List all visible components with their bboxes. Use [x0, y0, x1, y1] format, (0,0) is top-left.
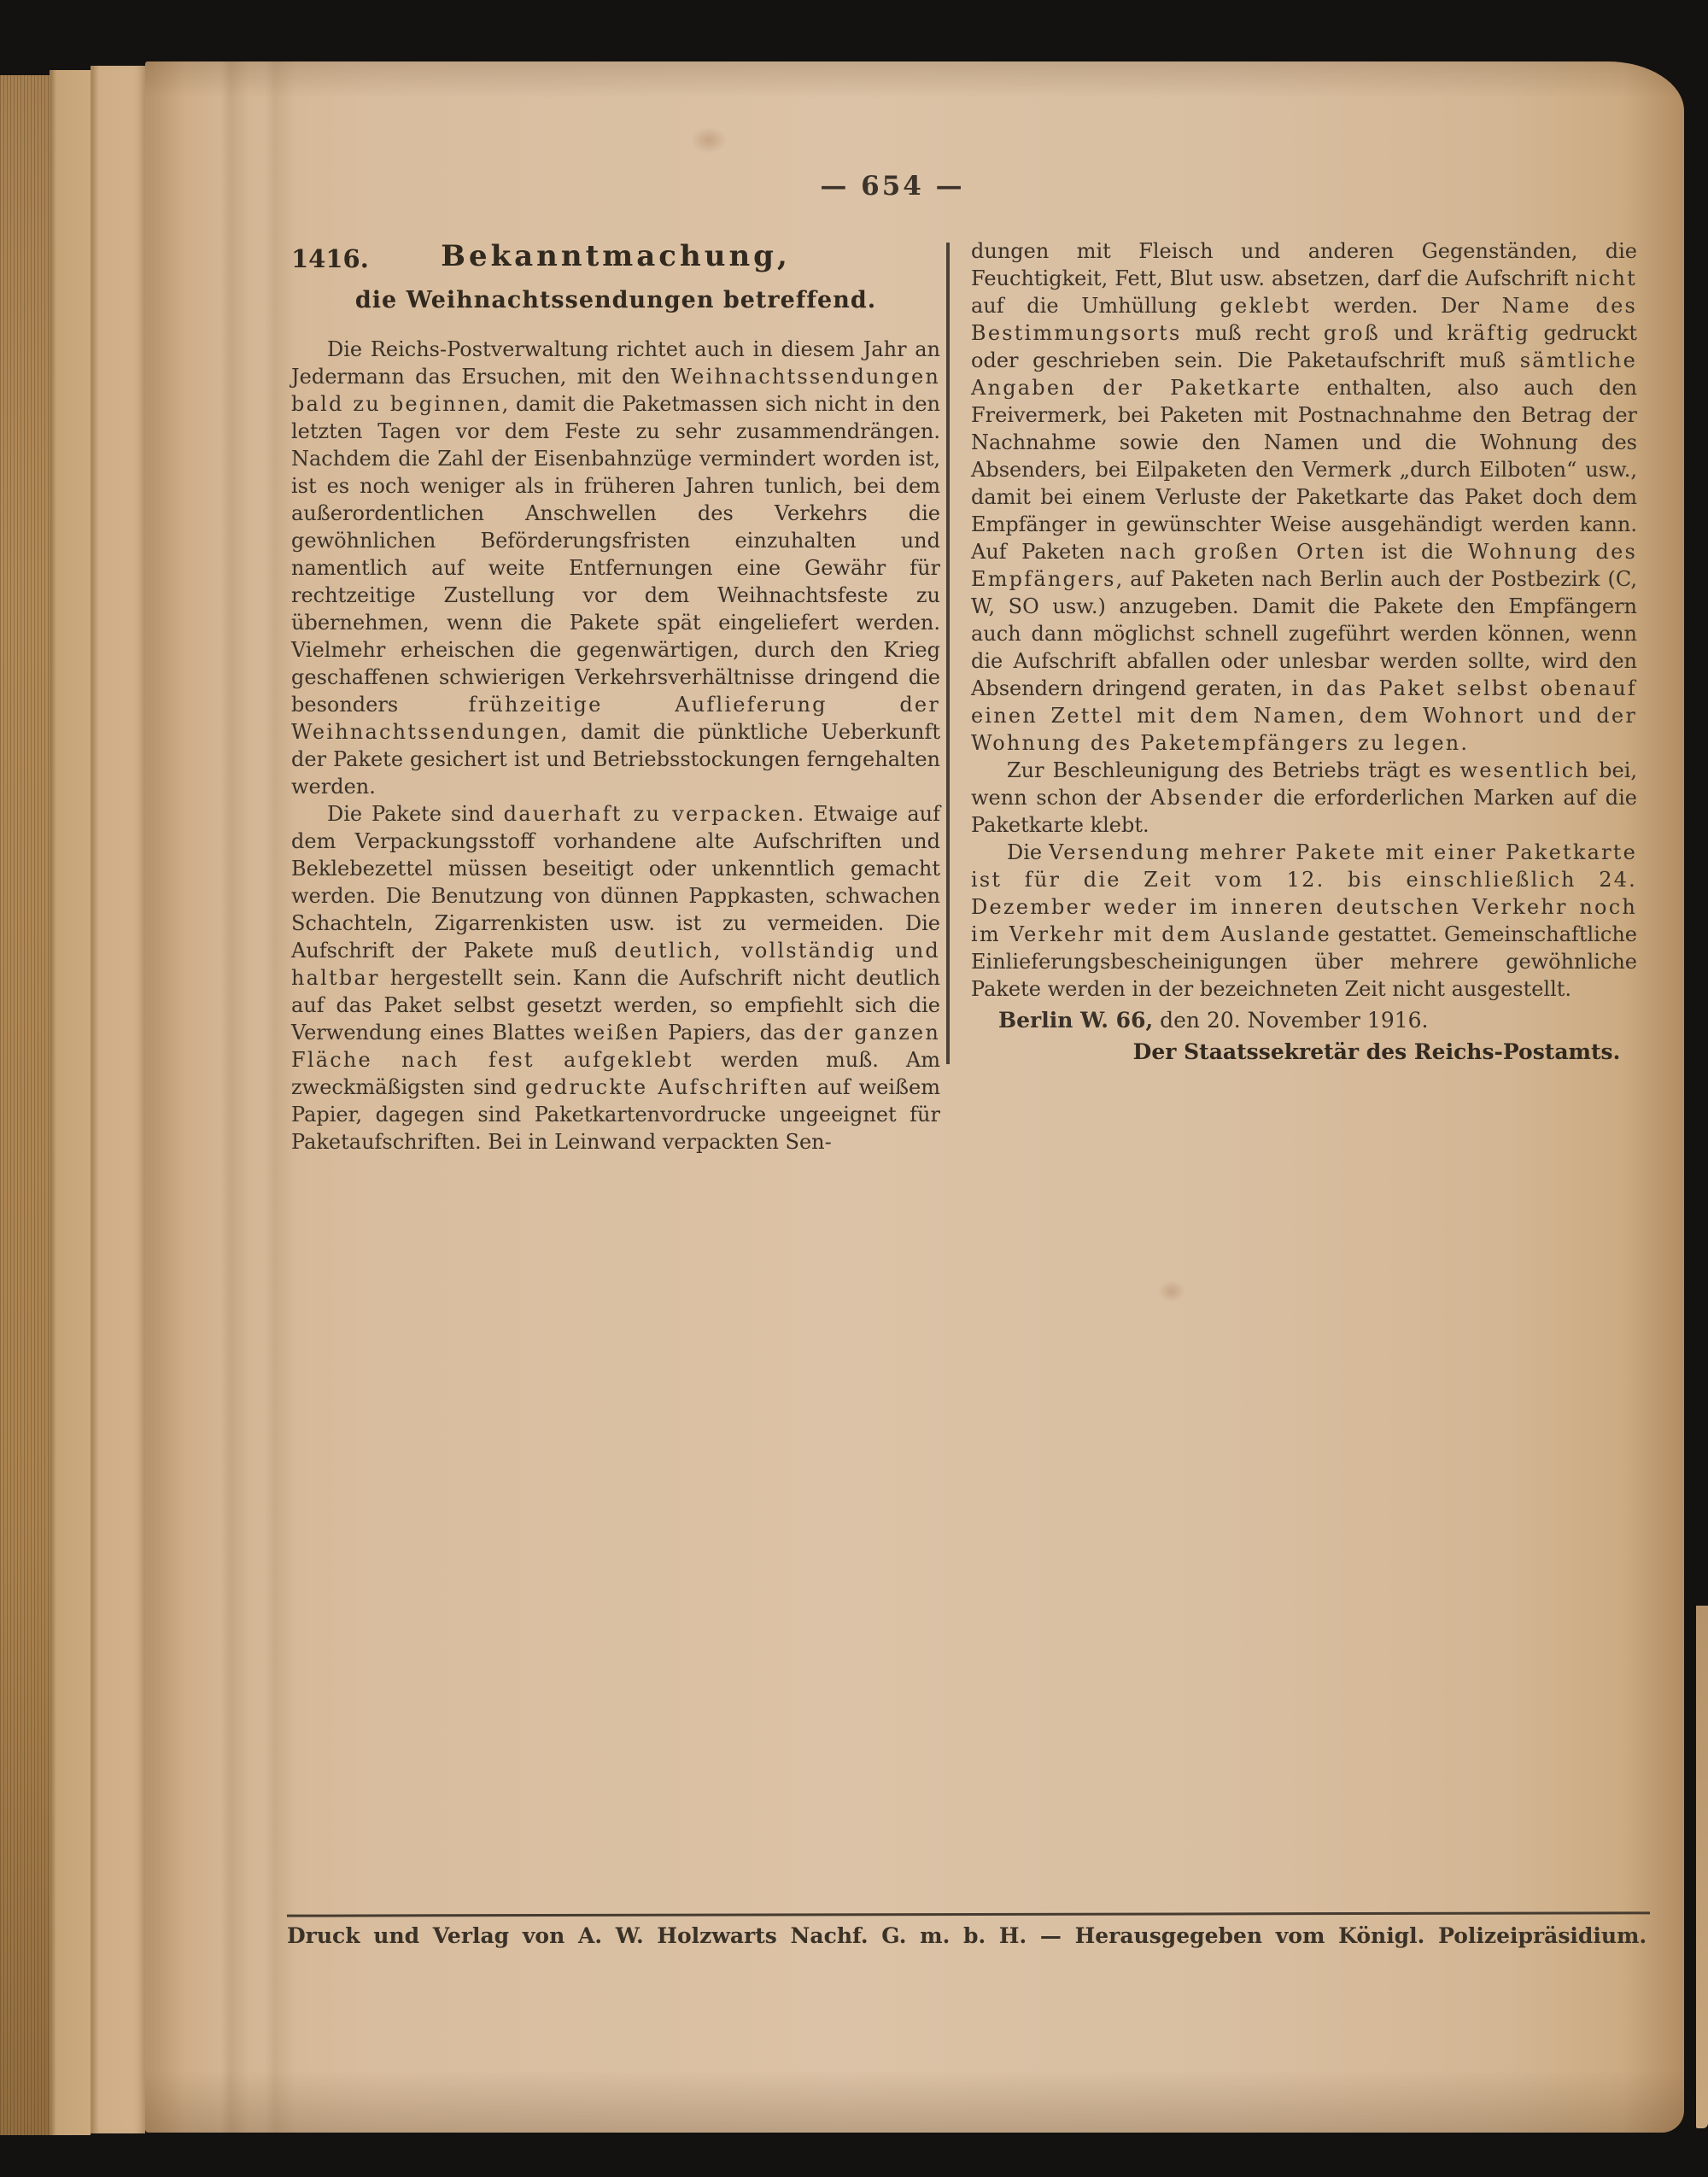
paragraph: Die Versendung mehrer Pakete mit einer P…: [971, 839, 1637, 1003]
dateline: Berlin W. 66, den 20. November 1916.: [998, 1008, 1637, 1033]
paragraph: Die Pakete sind dauerhaft zu verpacken. …: [291, 800, 940, 1156]
letterspaced-emphasis: Absender: [1150, 786, 1264, 810]
book-stack-edge-layer-3: [91, 66, 145, 2133]
letterspaced-emphasis: nach großen Orten: [1120, 540, 1366, 564]
body-text: werden. Der: [1311, 294, 1502, 318]
letterspaced-emphasis: groß: [1324, 321, 1380, 345]
letterspaced-emphasis: nicht: [1575, 266, 1637, 290]
letterspaced-emphasis: kräftig: [1447, 321, 1530, 345]
article-number: 1416.: [291, 244, 369, 273]
letterspaced-emphasis: dauerhaft zu verpacken: [504, 802, 798, 826]
letterspaced-emphasis: gedruckte Aufschriften: [525, 1075, 809, 1099]
body-text: , damit die Paketmassen sich nicht in de…: [291, 392, 940, 717]
article-title: Bekanntmachung,: [291, 239, 940, 273]
paragraph: dungen mit Fleisch und anderen Gegenstän…: [971, 237, 1637, 757]
body-text: und: [1380, 321, 1447, 345]
gazette-page: — 654 — 1416. Bekanntmachung, die Weihna…: [145, 61, 1684, 2133]
signature: Der Staatssekretär des Reichs-Postamts.: [971, 1039, 1637, 1064]
left-column: 1416. Bekanntmachung, die Weihnachtssend…: [291, 237, 940, 1156]
underlying-page-edge: [1696, 1606, 1708, 2128]
right-column: dungen mit Fleisch und anderen Gegenstän…: [971, 237, 1637, 1064]
body-text: muß recht: [1181, 321, 1323, 345]
body-text: .: [1460, 731, 1467, 755]
dateline-place: Berlin W. 66,: [998, 1008, 1153, 1033]
body-text: ist die: [1366, 540, 1467, 564]
body-text: Papiers, das: [660, 1021, 804, 1045]
page-footer: Druck und Verlag von A. W. Holzwarts Nac…: [287, 1913, 1650, 1948]
body-text: Zur Beschleunigung des Betriebs trägt es: [1007, 758, 1459, 782]
letterspaced-emphasis: wesentlich: [1459, 758, 1590, 782]
footer-rule: [287, 1911, 1650, 1917]
book-stack-edge-layer-2: [50, 70, 91, 2135]
dateline-date: den 20. November 1916.: [1153, 1008, 1428, 1033]
letterspaced-emphasis: weißen: [573, 1021, 659, 1045]
body-text: auf die Umhüllung: [971, 294, 1220, 318]
article-heading-row: 1416. Bekanntmachung,: [291, 237, 940, 273]
imprint-line: Druck und Verlag von A. W. Holzwarts Nac…: [287, 1923, 1650, 1948]
column-divider-rule: [946, 243, 950, 1064]
letterspaced-emphasis: geklebt: [1220, 294, 1310, 318]
body-text: Die Pakete sind: [327, 802, 504, 826]
body-text: Die: [1007, 840, 1049, 864]
paragraph: Zur Beschleunigung des Betriebs trägt es…: [971, 757, 1637, 839]
body-text: dungen mit Fleisch und anderen Gegenstän…: [971, 239, 1637, 290]
page-number: — 654 —: [807, 171, 978, 202]
book-stack-edge-layer-1: [0, 75, 50, 2135]
article-subtitle: die Weihnachtssendungen betreffend.: [291, 287, 940, 313]
body-text: enthalten, also auch den Freivermerk, be…: [971, 376, 1637, 564]
paragraph: Die Reichs-Postverwaltung richtet auch i…: [291, 336, 940, 800]
